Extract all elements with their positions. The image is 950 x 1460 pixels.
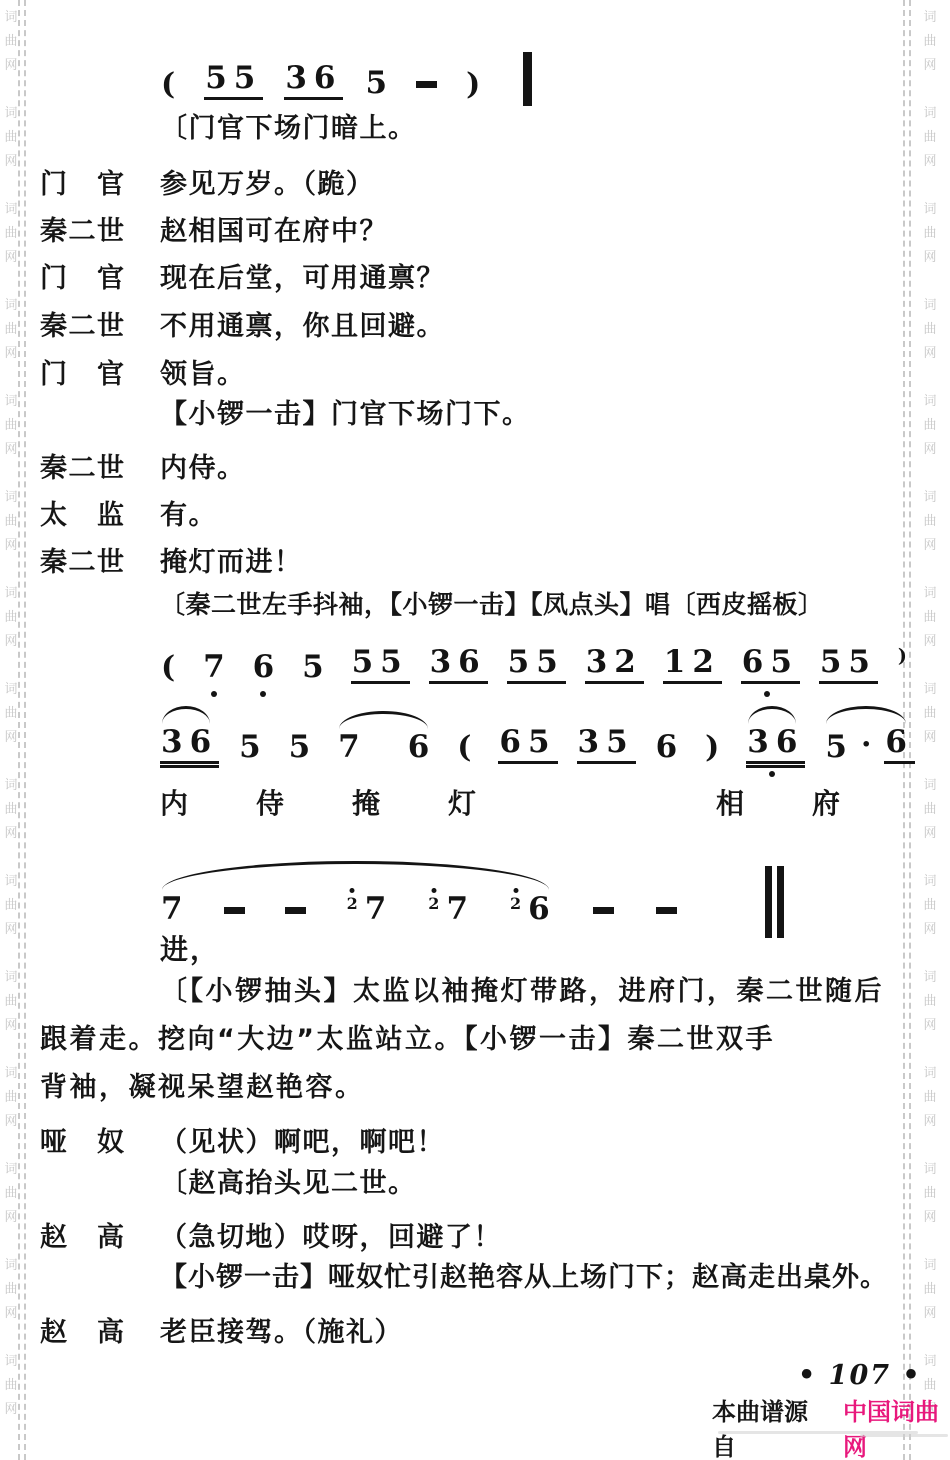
dialogue-row: 秦二世 不用通禀，你且回避。 (40, 304, 445, 343)
note-group (509, 52, 532, 100)
speaker-name: 秦二世 (40, 540, 140, 579)
note-group: 65 (498, 726, 550, 764)
note-group: 5 (288, 731, 312, 764)
dialogue-text: 掩灯而进！ (160, 540, 303, 579)
dialogue-row: 哑 奴 （见状）啊吧，啊吧！ (40, 1120, 445, 1159)
dialogue-row: 秦二世 赵相国可在府中？ (40, 209, 388, 248)
speaker-name: 秦二世 (40, 446, 140, 485)
note: 55 (507, 646, 559, 684)
source-footer: 本曲谱源自 中国词曲网 (712, 1392, 950, 1460)
dialogue-row: 太 监 有。 (40, 493, 217, 532)
grace-note: 2 (346, 896, 359, 913)
note: 36 (160, 726, 212, 764)
note: 5 (288, 731, 312, 764)
speaker-name: 赵 高 (40, 1215, 140, 1254)
music-line-intro: (55365-) (160, 52, 532, 100)
music-line-1: (76555365532126555) (160, 646, 908, 684)
dash: - (593, 907, 614, 914)
note-group-tied: 76 (337, 731, 430, 764)
dialogue-text: （急切地）哎呀，回避了！ (160, 1215, 502, 1254)
stage-paragraph-line: 跟着走。挖向“大边”太监站立。【小锣一击】秦二世双手 (40, 1016, 922, 1064)
scan-noise-line (860, 1434, 948, 1437)
note-group: - (593, 907, 614, 926)
note: 36 (284, 62, 336, 100)
note-group: 55 (819, 646, 871, 684)
paren sup: ) (897, 647, 908, 667)
left-dashed-border-2 (24, 0, 26, 1460)
note: 36 (746, 726, 798, 764)
note-group: 5 (364, 67, 388, 100)
paren: ( (160, 652, 176, 684)
speaker-name: 赵 高 (40, 1310, 140, 1349)
note-group: 36 (284, 62, 336, 100)
note-group: 32 (585, 646, 637, 684)
score-page: 词 曲 网 词 曲 网 词 曲 网 词 曲 网 词 曲 网 词 曲 网 词 曲 … (0, 0, 950, 1460)
note: 6 (407, 731, 431, 764)
stage-direction: 【小锣一击】哑奴忙引赵艳容从上场门下；赵高走出桌外。 (160, 1261, 888, 1295)
note: 7 (445, 893, 469, 926)
music-line-2: 365576(65356)365·6 (160, 704, 908, 764)
note-group: - (416, 81, 437, 100)
note-group-tied: 36 (160, 726, 212, 764)
note: 35 (577, 726, 629, 764)
lyrics-line: 内 侍 掩 灯 相 府 (160, 782, 860, 822)
dialogue-row: 秦二世 掩灯而进！ (40, 540, 303, 579)
dialogue-text: 有。 (160, 493, 217, 532)
dialogue-text: 领旨。 (160, 352, 246, 391)
dialogue-row: 门 官 现在后堂，可用通禀？ (40, 256, 445, 295)
dialogue-text: 老臣接驾。（施礼） (160, 1310, 403, 1349)
dash: - (656, 907, 677, 914)
note-group: 6 (655, 731, 679, 764)
note-group: 35 (577, 726, 629, 764)
note-group: ( (160, 652, 176, 684)
page-number: • 107 • (798, 1360, 922, 1391)
note-group (719, 866, 784, 926)
note: 5 (824, 731, 848, 764)
note-group: 55 (507, 646, 559, 684)
paren: ( (160, 69, 176, 101)
stage-direction-aria-intro: 〔秦二世左手抖袖，【小锣一击】【凤点头】唱〔西皮摇板〕 (160, 588, 824, 622)
note: 6 (655, 731, 679, 764)
dialogue-row: 赵 高 （急切地）哎呀，回避了！ (40, 1215, 502, 1254)
dash: - (224, 907, 245, 914)
note: 7 (160, 893, 184, 926)
dialogue-text: 参见万岁。（跪） (160, 162, 375, 201)
music-line-3: 7--272726-- (160, 832, 784, 926)
note-group: 12 (663, 646, 715, 684)
note-group: 65 (741, 646, 793, 684)
grace-note: 2 (427, 896, 440, 913)
note-group: 5 (238, 731, 262, 764)
note-group: 55 (204, 62, 256, 100)
dialogue-text: （见状）啊吧，啊吧！ (160, 1120, 445, 1159)
note: 7 (202, 651, 226, 684)
paren: ) (465, 69, 481, 101)
footer-brand: 中国词曲网 (843, 1392, 950, 1460)
note: 6 (527, 893, 551, 926)
note-group: 6 (252, 651, 276, 684)
note: 55 (351, 646, 403, 684)
speaker-name: 秦二世 (40, 209, 140, 248)
dash: - (416, 81, 437, 88)
speaker-name: 门 官 (40, 352, 140, 391)
left-dashed-border (18, 0, 20, 1460)
speaker-name: 太 监 (40, 493, 140, 532)
note-group: 36 (429, 646, 481, 684)
speaker-name: 秦二世 (40, 304, 140, 343)
note-group-tied: 7--272726 (160, 893, 551, 926)
note: 32 (585, 646, 637, 684)
note: 65 (741, 646, 793, 684)
dialogue-row: 门 官 领旨。 (40, 352, 246, 391)
dialogue-text: 赵相国可在府中？ (160, 209, 388, 248)
note-group: ) (897, 664, 908, 684)
note: 5 (364, 67, 388, 100)
dialogue-text: 内侍。 (160, 446, 246, 485)
note: 5 (301, 651, 325, 684)
note-group: - (656, 907, 677, 926)
stage-direction: 〔门官下场门暗上。 (160, 112, 417, 146)
stage-paragraph: 〔【小锣抽头】太监以袖掩灯带路，进府门，秦二世随后 跟着走。挖向“大边”太监站立… (160, 968, 922, 1112)
stage-paragraph-line: 背袖，凝视呆望赵艳容。 (40, 1064, 922, 1112)
stage-direction: 【小锣一击】门官下场门下。 (160, 398, 531, 432)
note: 5 (238, 731, 262, 764)
stage-direction: 〔赵高抬头见二世。 (160, 1167, 417, 1201)
lyrics-line-2: 进， (160, 928, 220, 968)
lyrics-right: 相 府 (716, 782, 860, 822)
note-group: 5 (301, 651, 325, 684)
note-group-tied: 5·6 (824, 726, 908, 764)
grace-note: 2 (509, 896, 522, 913)
note-group: 7 (202, 651, 226, 684)
speaker-name: 哑 奴 (40, 1120, 140, 1159)
stage-paragraph-line: 〔【小锣抽头】太监以袖掩灯带路，进府门，秦二世随后 (160, 968, 922, 1016)
note-group-tied: 36 (746, 726, 798, 764)
note: 7 (337, 731, 361, 764)
note: 12 (663, 646, 715, 684)
paren: ) (704, 732, 720, 764)
speaker-name: 门 官 (40, 162, 140, 201)
bar (523, 52, 532, 106)
paren: ( (456, 732, 472, 764)
note-group: ( (456, 732, 472, 764)
note-group: 55 (351, 646, 403, 684)
note: 6 (252, 651, 276, 684)
dialogue-text: 现在后堂，可用通禀？ (160, 256, 445, 295)
note: 65 (498, 726, 550, 764)
dialogue-row: 秦二世 内侍。 (40, 446, 246, 485)
note-group: ) (704, 732, 720, 764)
dash: - (285, 907, 306, 914)
dialogue-row: 赵 高 老臣接驾。（施礼） (40, 1310, 403, 1349)
speaker-name: 门 官 (40, 256, 140, 295)
dialogue-text: 不用通禀，你且回避。 (160, 304, 445, 343)
note-group: ) (465, 69, 481, 101)
dbar (765, 866, 784, 938)
mid: · (860, 732, 872, 764)
dialogue-row: 门 官 参见万岁。（跪） (40, 162, 375, 201)
note-group: ( (160, 69, 176, 101)
note: 55 (819, 646, 871, 684)
note: 6 (884, 726, 908, 764)
lyrics-left: 内 侍 掩 灯 (160, 782, 496, 822)
note: 36 (429, 646, 481, 684)
footer-prefix: 本曲谱源自 (712, 1392, 819, 1460)
note: 7 (364, 893, 388, 926)
note: 55 (204, 62, 256, 100)
watermark-right-column: 词 曲 网 词 曲 网 词 曲 网 词 曲 网 词 曲 网 词 曲 网 词 曲 … (921, 6, 939, 1422)
